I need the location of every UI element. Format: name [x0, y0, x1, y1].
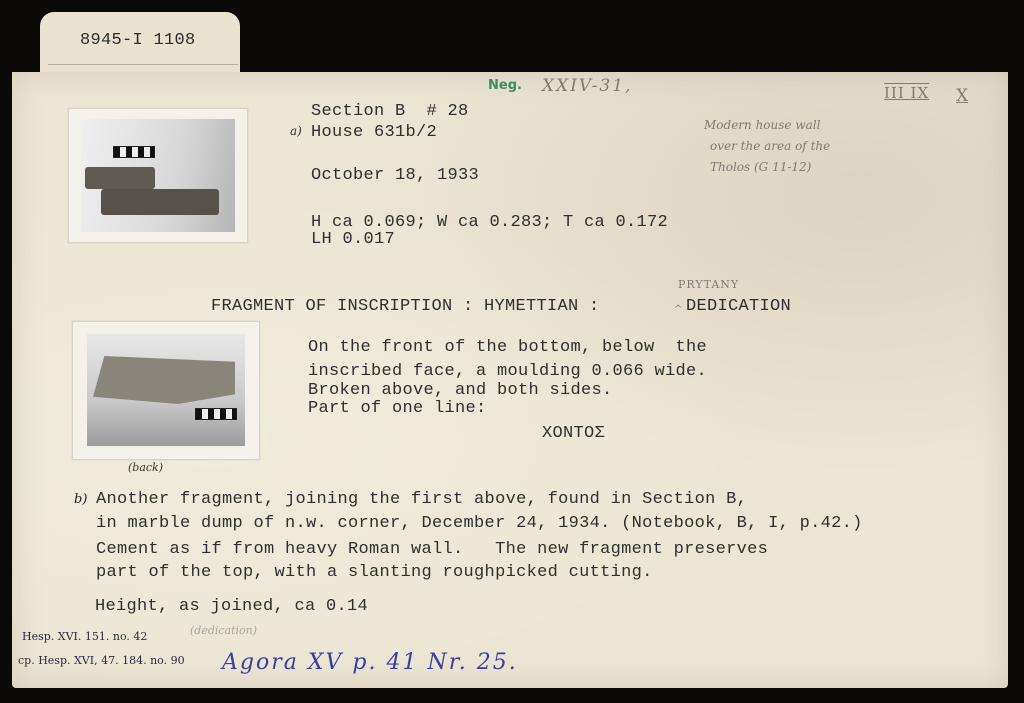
house-number: House 631b/2 — [311, 123, 437, 142]
pencil-note-line: Tholos (G 11-12) — [710, 160, 811, 174]
inscription-text: ΧΟΝΤΟΣ — [542, 424, 605, 443]
object-title: FRAGMENT OF INSCRIPTION : HYMETTIAN : — [211, 297, 600, 316]
reference-line: cp. Hesp. XVI, 47. 184. no. 90 — [18, 654, 185, 667]
stone-fragment — [93, 356, 235, 404]
description-line: Broken above, and both sides. — [308, 381, 613, 400]
tab-crease — [48, 64, 238, 67]
joined-height: Height, as joined, ca 0.14 — [95, 597, 368, 616]
stone-fragment-lower — [101, 189, 219, 215]
card-id: 8945-I 1108 — [80, 31, 196, 50]
reference-line: Hesp. XVI. 151. no. 42 — [22, 630, 147, 643]
addendum-line: part of the top, with a slanting roughpi… — [96, 563, 653, 582]
house-marker: a) — [290, 124, 302, 138]
description-line: Part of one line: — [308, 399, 487, 418]
pencil-note-line: Modern house wall — [704, 118, 820, 132]
photo-caption-back: (back) — [128, 461, 163, 474]
handwritten-insert: PRYTANY — [678, 278, 739, 291]
roman-marks: III IX — [884, 84, 929, 102]
find-date: October 18, 1933 — [311, 166, 479, 185]
addendum-line: Another fragment, joining the first abov… — [96, 490, 747, 509]
pencil-note-line: over the area of the — [710, 139, 830, 153]
stone-fragment-upper — [85, 167, 155, 189]
object-category: DEDICATION — [686, 297, 791, 316]
letter-height: LH 0.017 — [311, 230, 395, 249]
pencil-note-dedication: (dedication) — [190, 624, 257, 637]
addendum-line: Cement as if from heavy Roman wall. The … — [96, 540, 768, 559]
insert-mark: ^ — [674, 304, 682, 315]
description-line: On the front of the bottom, below the — [308, 338, 707, 357]
photo-front — [68, 108, 248, 243]
scale-bar — [113, 146, 155, 158]
agora-reference: Agora XV p. 41 Nr. 25. — [222, 650, 518, 675]
description-line: inscribed face, a moulding 0.066 wide. — [308, 362, 707, 381]
section-number: Section B # 28 — [311, 102, 469, 121]
photo-back — [72, 321, 260, 460]
roman-mark-x: X — [956, 86, 968, 106]
card-tab-notch — [240, 12, 300, 72]
addendum-line: in marble dump of n.w. corner, December … — [96, 514, 863, 533]
negative-number: XXIV-31, — [542, 76, 632, 96]
addendum-marker: b) — [74, 492, 87, 507]
scale-bar — [195, 408, 237, 420]
negative-stamp: Neg. — [488, 78, 522, 93]
